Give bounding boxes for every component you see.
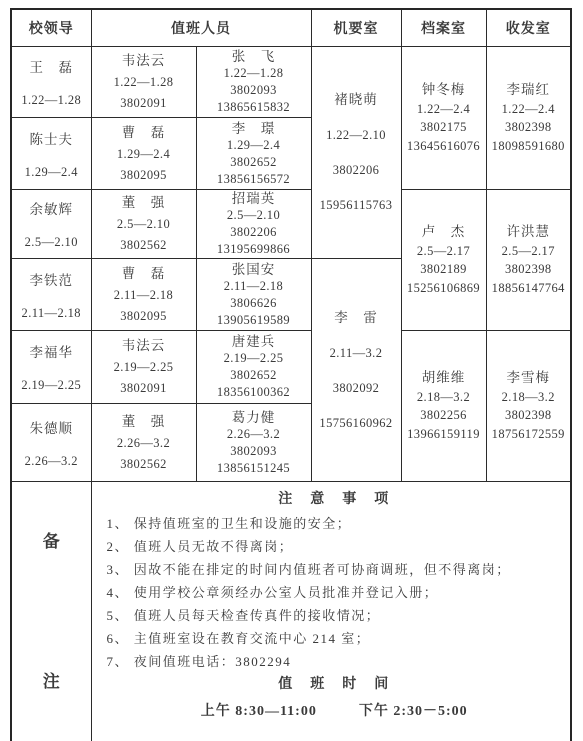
- note-item: 7、 夜间值班电话：3802294: [107, 650, 563, 673]
- mobile-number: 13856156572: [217, 171, 290, 188]
- person-name: 董 强: [122, 193, 166, 213]
- date-range: 2.19—2.25: [114, 357, 174, 377]
- duty-a-cell: 韦法云 2.19—2.25 3802091: [91, 331, 196, 404]
- phone-number: 3802398: [505, 406, 552, 425]
- date-range: 2.11—3.2: [330, 343, 383, 363]
- person-name: 卢 杰: [422, 223, 466, 242]
- duty-b-cell: 招瑞英 2.5—2.10 3802206 13195699866: [196, 190, 311, 259]
- person-name: 李瑞红: [507, 81, 551, 100]
- duty-roster-sheet: 校领导 值班人员 机要室 档案室 收发室 王 磊 1.22—1.28 韦法云 1…: [10, 8, 570, 732]
- person-name: 唐建兵: [232, 333, 276, 350]
- phone-number: 3802189: [420, 260, 467, 279]
- person-name: 李雪梅: [507, 369, 551, 388]
- person-name: 曹 磊: [122, 264, 166, 284]
- date-range: 1.22—1.28: [114, 72, 174, 92]
- phone-number: 3802206: [333, 160, 380, 180]
- person-name: 余敏辉: [30, 198, 74, 218]
- leader-cell: 朱德顺 2.26—3.2: [11, 404, 91, 482]
- note-item: 6、 主值班室设在教育交流中心 214 室；: [107, 627, 563, 650]
- note-item: 2、 值班人员无故不得离岗；: [107, 535, 563, 558]
- leader-cell: 王 磊 1.22—1.28: [11, 47, 91, 118]
- phone-number: 3802398: [505, 118, 552, 137]
- person-name: 董 强: [122, 412, 166, 432]
- date-range: 1.22—2.4: [502, 100, 555, 119]
- date-range: 2.19—2.25: [224, 350, 284, 367]
- mobile-number: 13856151245: [217, 460, 290, 477]
- phone-number: 3802091: [120, 93, 167, 113]
- date-range: 2.26—3.2: [117, 433, 170, 453]
- phone-number: 3802175: [420, 118, 467, 137]
- notes-title: 注 意 事 项: [107, 488, 563, 512]
- phone-number: 3802206: [230, 224, 277, 241]
- date-range: 2.18—3.2: [417, 388, 470, 407]
- person-name: 钟冬梅: [422, 81, 466, 100]
- header-school-leaders: 校领导: [11, 9, 91, 47]
- note-item: 4、 使用学校公章须经办公室人员批准并登记入册；: [107, 581, 563, 604]
- phone-number: 3802092: [333, 378, 380, 398]
- leader-cell: 李铁范 2.11—2.18: [11, 259, 91, 331]
- archive-cell: 卢 杰 2.5—2.17 3802189 15256106869: [401, 190, 486, 331]
- phone-number: 3802562: [120, 454, 167, 474]
- mail-cell: 李雪梅 2.18—3.2 3802398 18756172559: [486, 331, 571, 482]
- duty-a-cell: 曹 磊 1.29—2.4 3802095: [91, 118, 196, 190]
- remarks-label-bottom: 注: [43, 667, 60, 692]
- person-name: 李铁范: [30, 269, 74, 289]
- date-range: 2.5—2.10: [25, 235, 78, 250]
- mobile-number: 15256106869: [407, 279, 480, 298]
- mobile-number: 13966159119: [407, 425, 480, 444]
- person-name: 胡维维: [422, 369, 466, 388]
- duty-b-cell: 葛力健 2.26—3.2 3802093 13856151245: [196, 404, 311, 482]
- mobile-number: 18756172559: [492, 425, 565, 444]
- remarks-content-cell: 注 意 事 项 1、 保持值班室的卫生和设施的安全； 2、 值班人员无故不得离岗…: [91, 482, 571, 741]
- person-name: 许洪慧: [507, 223, 551, 242]
- person-name: 曹 磊: [122, 123, 166, 143]
- phone-number: 3802652: [230, 367, 277, 384]
- duty-a-cell: 董 强 2.26—3.2 3802562: [91, 404, 196, 482]
- note-item: 1、 保持值班室的卫生和设施的安全；: [107, 512, 563, 535]
- phone-number: 3802095: [120, 165, 167, 185]
- date-range: 2.19—2.25: [21, 378, 81, 393]
- mobile-number: 13905619589: [217, 312, 290, 329]
- mobile-number: 13865615832: [217, 99, 290, 116]
- header-row: 校领导 值班人员 机要室 档案室 收发室: [11, 9, 571, 47]
- date-range: 1.22—1.28: [21, 93, 81, 108]
- header-duty-personnel: 值班人员: [91, 9, 311, 47]
- date-range: 2.18—3.2: [502, 388, 555, 407]
- header-mail-room: 收发室: [486, 9, 571, 47]
- duty-b-cell: 李 璟 1.29—2.4 3802652 13856156572: [196, 118, 311, 190]
- mobile-number: 18098591680: [492, 137, 565, 156]
- table-row: 李福华 2.19—2.25 韦法云 2.19—2.25 3802091 唐建兵 …: [11, 331, 571, 404]
- mobile-number: 13195699866: [217, 241, 290, 258]
- duty-hours-line: 上午 8:30—11:00 下午 2:30－5:00: [107, 697, 563, 727]
- date-range: 2.26—3.2: [227, 426, 280, 443]
- date-range: 2.5—2.17: [417, 242, 470, 261]
- person-name: 张 飞: [232, 48, 276, 65]
- mobile-number: 18856147764: [492, 279, 565, 298]
- date-range: 2.11—2.18: [22, 306, 81, 321]
- remarks-label-cell: 备 注: [11, 482, 91, 741]
- leader-cell: 陈士夫 1.29—2.4: [11, 118, 91, 190]
- header-confidential-room: 机要室: [311, 9, 401, 47]
- duty-hours-morning: 上午 8:30—11:00: [201, 697, 317, 727]
- date-range: 2.26—3.2: [25, 454, 78, 469]
- phone-number: 3802398: [505, 260, 552, 279]
- date-range: 1.22—2.10: [326, 125, 386, 145]
- phone-number: 3802091: [120, 378, 167, 398]
- person-name: 王 磊: [30, 56, 74, 76]
- duty-a-cell: 曹 磊 2.11—2.18 3802095: [91, 259, 196, 331]
- duty-hours-afternoon: 下午 2:30－5:00: [359, 697, 468, 727]
- person-name: 韦法云: [122, 336, 166, 356]
- archive-cell: 钟冬梅 1.22—2.4 3802175 13645616076: [401, 47, 486, 190]
- phone-number: 3802093: [230, 82, 277, 99]
- date-range: 2.5—2.17: [502, 242, 555, 261]
- duty-b-cell: 张国安 2.11—2.18 3806626 13905619589: [196, 259, 311, 331]
- date-range: 2.11—2.18: [114, 285, 173, 305]
- person-name: 褚晓萌: [334, 90, 378, 110]
- date-range: 1.29—2.4: [117, 144, 170, 164]
- person-name: 朱德顺: [30, 417, 74, 437]
- mobile-number: 15956115763: [320, 195, 393, 215]
- date-range: 1.29—2.4: [25, 165, 78, 180]
- duty-a-cell: 董 强 2.5—2.10 3802562: [91, 190, 196, 259]
- mail-cell: 李瑞红 1.22—2.4 3802398 18098591680: [486, 47, 571, 190]
- person-name: 李 璟: [232, 120, 276, 137]
- remarks-row: 备 注 注 意 事 项 1、 保持值班室的卫生和设施的安全； 2、 值班人员无故…: [11, 482, 571, 741]
- person-name: 韦法云: [122, 51, 166, 71]
- archive-cell: 胡维维 2.18—3.2 3802256 13966159119: [401, 331, 486, 482]
- phone-number: 3802652: [230, 154, 277, 171]
- phone-number: 3806626: [230, 295, 277, 312]
- note-item: 3、 因故不能在排定的时间内值班者可协商调班，但不得离岗；: [107, 558, 563, 581]
- phone-number: 3802256: [420, 406, 467, 425]
- person-name: 张国安: [232, 261, 276, 278]
- duty-a-cell: 韦法云 1.22—1.28 3802091: [91, 47, 196, 118]
- person-name: 李福华: [30, 341, 74, 361]
- date-range: 2.5—2.10: [227, 207, 280, 224]
- mail-cell: 许洪慧 2.5—2.17 3802398 18856147764: [486, 190, 571, 331]
- confidential-cell: 李 雷 2.11—3.2 3802092 15756160962: [311, 259, 401, 482]
- date-range: 2.11—2.18: [224, 278, 283, 295]
- date-range: 1.22—2.4: [417, 100, 470, 119]
- table-row: 王 磊 1.22—1.28 韦法云 1.22—1.28 3802091 张 飞 …: [11, 47, 571, 118]
- remarks-label-top: 备: [43, 527, 60, 552]
- phone-number: 3802562: [120, 235, 167, 255]
- mobile-number: 18356100362: [217, 384, 290, 401]
- date-range: 1.22—1.28: [224, 65, 284, 82]
- duty-roster-table: 校领导 值班人员 机要室 档案室 收发室 王 磊 1.22—1.28 韦法云 1…: [10, 8, 572, 741]
- person-name: 招瑞英: [232, 190, 276, 207]
- phone-number: 3802095: [120, 306, 167, 326]
- person-name: 葛力健: [232, 409, 276, 426]
- leader-cell: 余敏辉 2.5—2.10: [11, 190, 91, 259]
- duty-b-cell: 张 飞 1.22—1.28 3802093 13865615832: [196, 47, 311, 118]
- duty-b-cell: 唐建兵 2.19—2.25 3802652 18356100362: [196, 331, 311, 404]
- person-name: 李 雷: [334, 308, 378, 328]
- leader-cell: 李福华 2.19—2.25: [11, 331, 91, 404]
- date-range: 2.5—2.10: [117, 214, 170, 234]
- phone-number: 3802093: [230, 443, 277, 460]
- mobile-number: 15756160962: [319, 413, 392, 433]
- header-archive-room: 档案室: [401, 9, 486, 47]
- confidential-cell: 褚晓萌 1.22—2.10 3802206 15956115763: [311, 47, 401, 259]
- date-range: 1.29—2.4: [227, 137, 280, 154]
- duty-hours-title: 值 班 时 间: [107, 673, 563, 697]
- mobile-number: 13645616076: [407, 137, 480, 156]
- person-name: 陈士夫: [30, 128, 74, 148]
- table-row: 余敏辉 2.5—2.10 董 强 2.5—2.10 3802562 招瑞英 2.…: [11, 190, 571, 259]
- note-item: 5、 值班人员每天检查传真件的接收情况；: [107, 604, 563, 627]
